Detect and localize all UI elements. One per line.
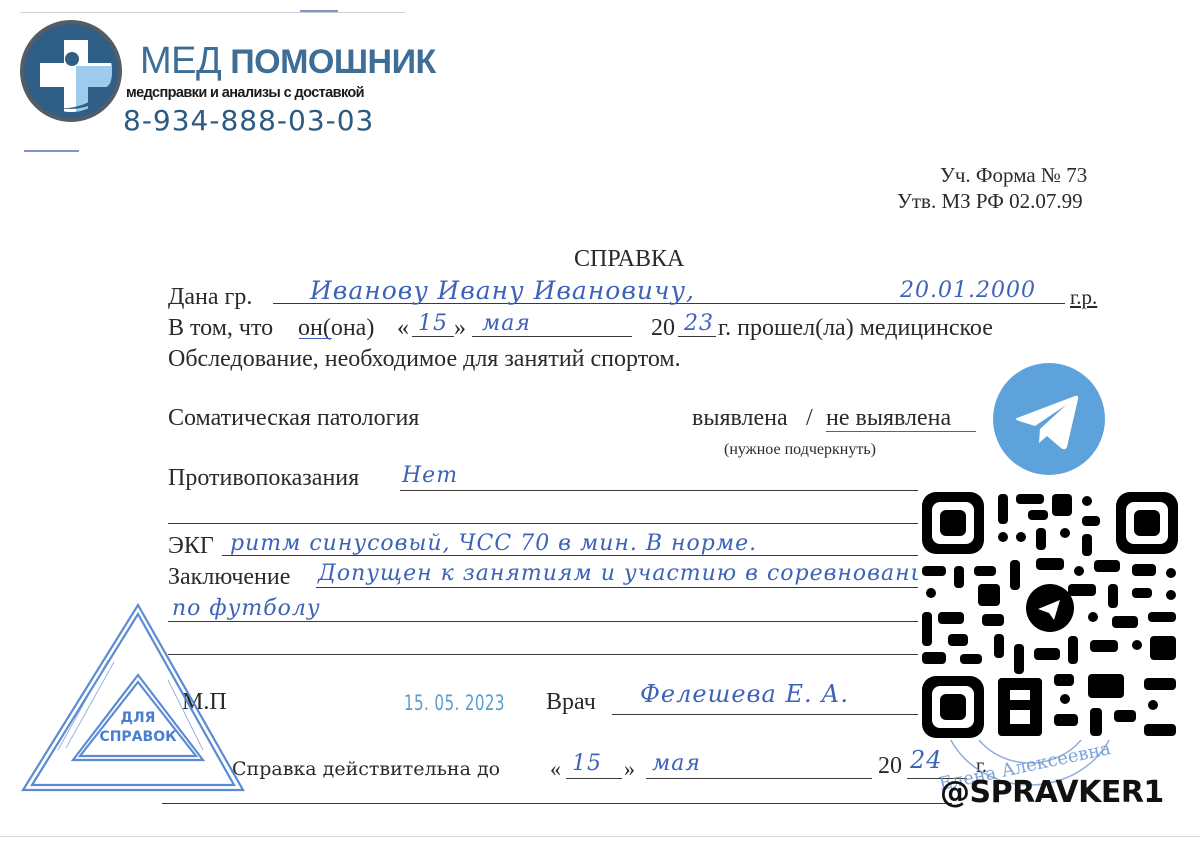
exam-month: мая <box>482 310 531 338</box>
qr-code[interactable] <box>918 488 1182 740</box>
valid-year-prefix: 20 <box>878 752 902 780</box>
doctor-underline <box>612 714 942 715</box>
scan-mark <box>24 150 79 152</box>
stamp-date: 15. 05. 2023 <box>404 689 505 717</box>
somatic-option-not-found: не выявлена <box>826 404 951 432</box>
telegram-icon[interactable] <box>993 363 1105 475</box>
svg-text:СПРАВОК: СПРАВОК <box>99 729 177 745</box>
exam-year-prefix: 20 <box>651 314 675 342</box>
valid-month-underline <box>646 778 872 779</box>
somatic-selection-underline <box>826 431 976 432</box>
form-number: Уч. Форма № 73 <box>940 161 1087 189</box>
scan-mark <box>300 10 338 12</box>
doctor-label: Врач <box>546 688 596 716</box>
conclusion-value-line1: Допущен к занятиям и участию в соревнова… <box>318 560 955 588</box>
issued-to-value: Ивановy Ивану Ивановичу, <box>310 277 695 305</box>
contraindications-label: Противопоказания <box>168 464 359 492</box>
valid-quote-open: « <box>550 755 561 783</box>
valid-day-underline <box>566 778 622 779</box>
exam-year-suffix: 23 <box>684 310 714 338</box>
issued-to-label: Дана гр. <box>168 283 252 311</box>
bottom-border-line <box>0 836 1200 837</box>
brand-logo <box>20 20 122 122</box>
valid-month: мая <box>652 750 701 778</box>
ecg-value: ритм синусовый, ЧСС 70 в мин. В норме. <box>230 530 757 558</box>
brand-tagline: медсправки и анализы с доставкой <box>126 85 364 101</box>
ecg-label: ЭКГ <box>168 532 214 560</box>
paper-plane-icon <box>993 363 1105 475</box>
bottom-signature-line <box>162 803 952 804</box>
form-approval: Утв. МЗ РФ 02.07.99 <box>897 187 1083 215</box>
exam-quote-close: » <box>454 314 466 342</box>
birth-date-suffix: г.р. <box>1070 283 1097 311</box>
somatic-hint: (нужное подчеркнуть) <box>724 436 876 464</box>
contraindications-value: Нет <box>402 462 458 490</box>
exam-purpose: Обследование, необходимое для занятий сп… <box>168 345 681 373</box>
svg-text:ДЛЯ: ДЛЯ <box>121 710 156 726</box>
exam-text-after: г. прошел(ла) медицинское <box>718 314 993 342</box>
brand-phone: 8-934-888-03-03 <box>123 104 374 137</box>
gender-underline <box>299 338 332 339</box>
valid-quote-close: » <box>624 755 635 783</box>
valid-day: 15 <box>572 750 602 778</box>
birth-date-value: 20.01.2000 <box>900 277 1036 305</box>
telegram-handle: @SPRAVKER1 <box>940 775 1164 810</box>
somatic-label: Соматическая патология <box>168 404 419 432</box>
document-title: СПРАВКА <box>574 245 684 273</box>
brand-name: МЕД ПОМОШНИК <box>140 40 436 83</box>
valid-until-label: Справка действительна до <box>232 755 500 783</box>
somatic-option-found: выявлена <box>692 404 788 432</box>
somatic-separator: / <box>806 404 813 432</box>
exam-day: 15 <box>418 310 448 338</box>
triangle-stamp: ДЛЯ СПРАВОК <box>18 600 248 810</box>
conclusion-label: Заключение <box>168 563 290 591</box>
exam-prefix: В том, что <box>168 314 273 342</box>
medical-cross-icon <box>30 30 112 112</box>
top-border-line <box>20 12 405 13</box>
doctor-signature: Фелешева Е. А. <box>640 680 849 708</box>
exam-quote-open: « <box>397 314 409 342</box>
